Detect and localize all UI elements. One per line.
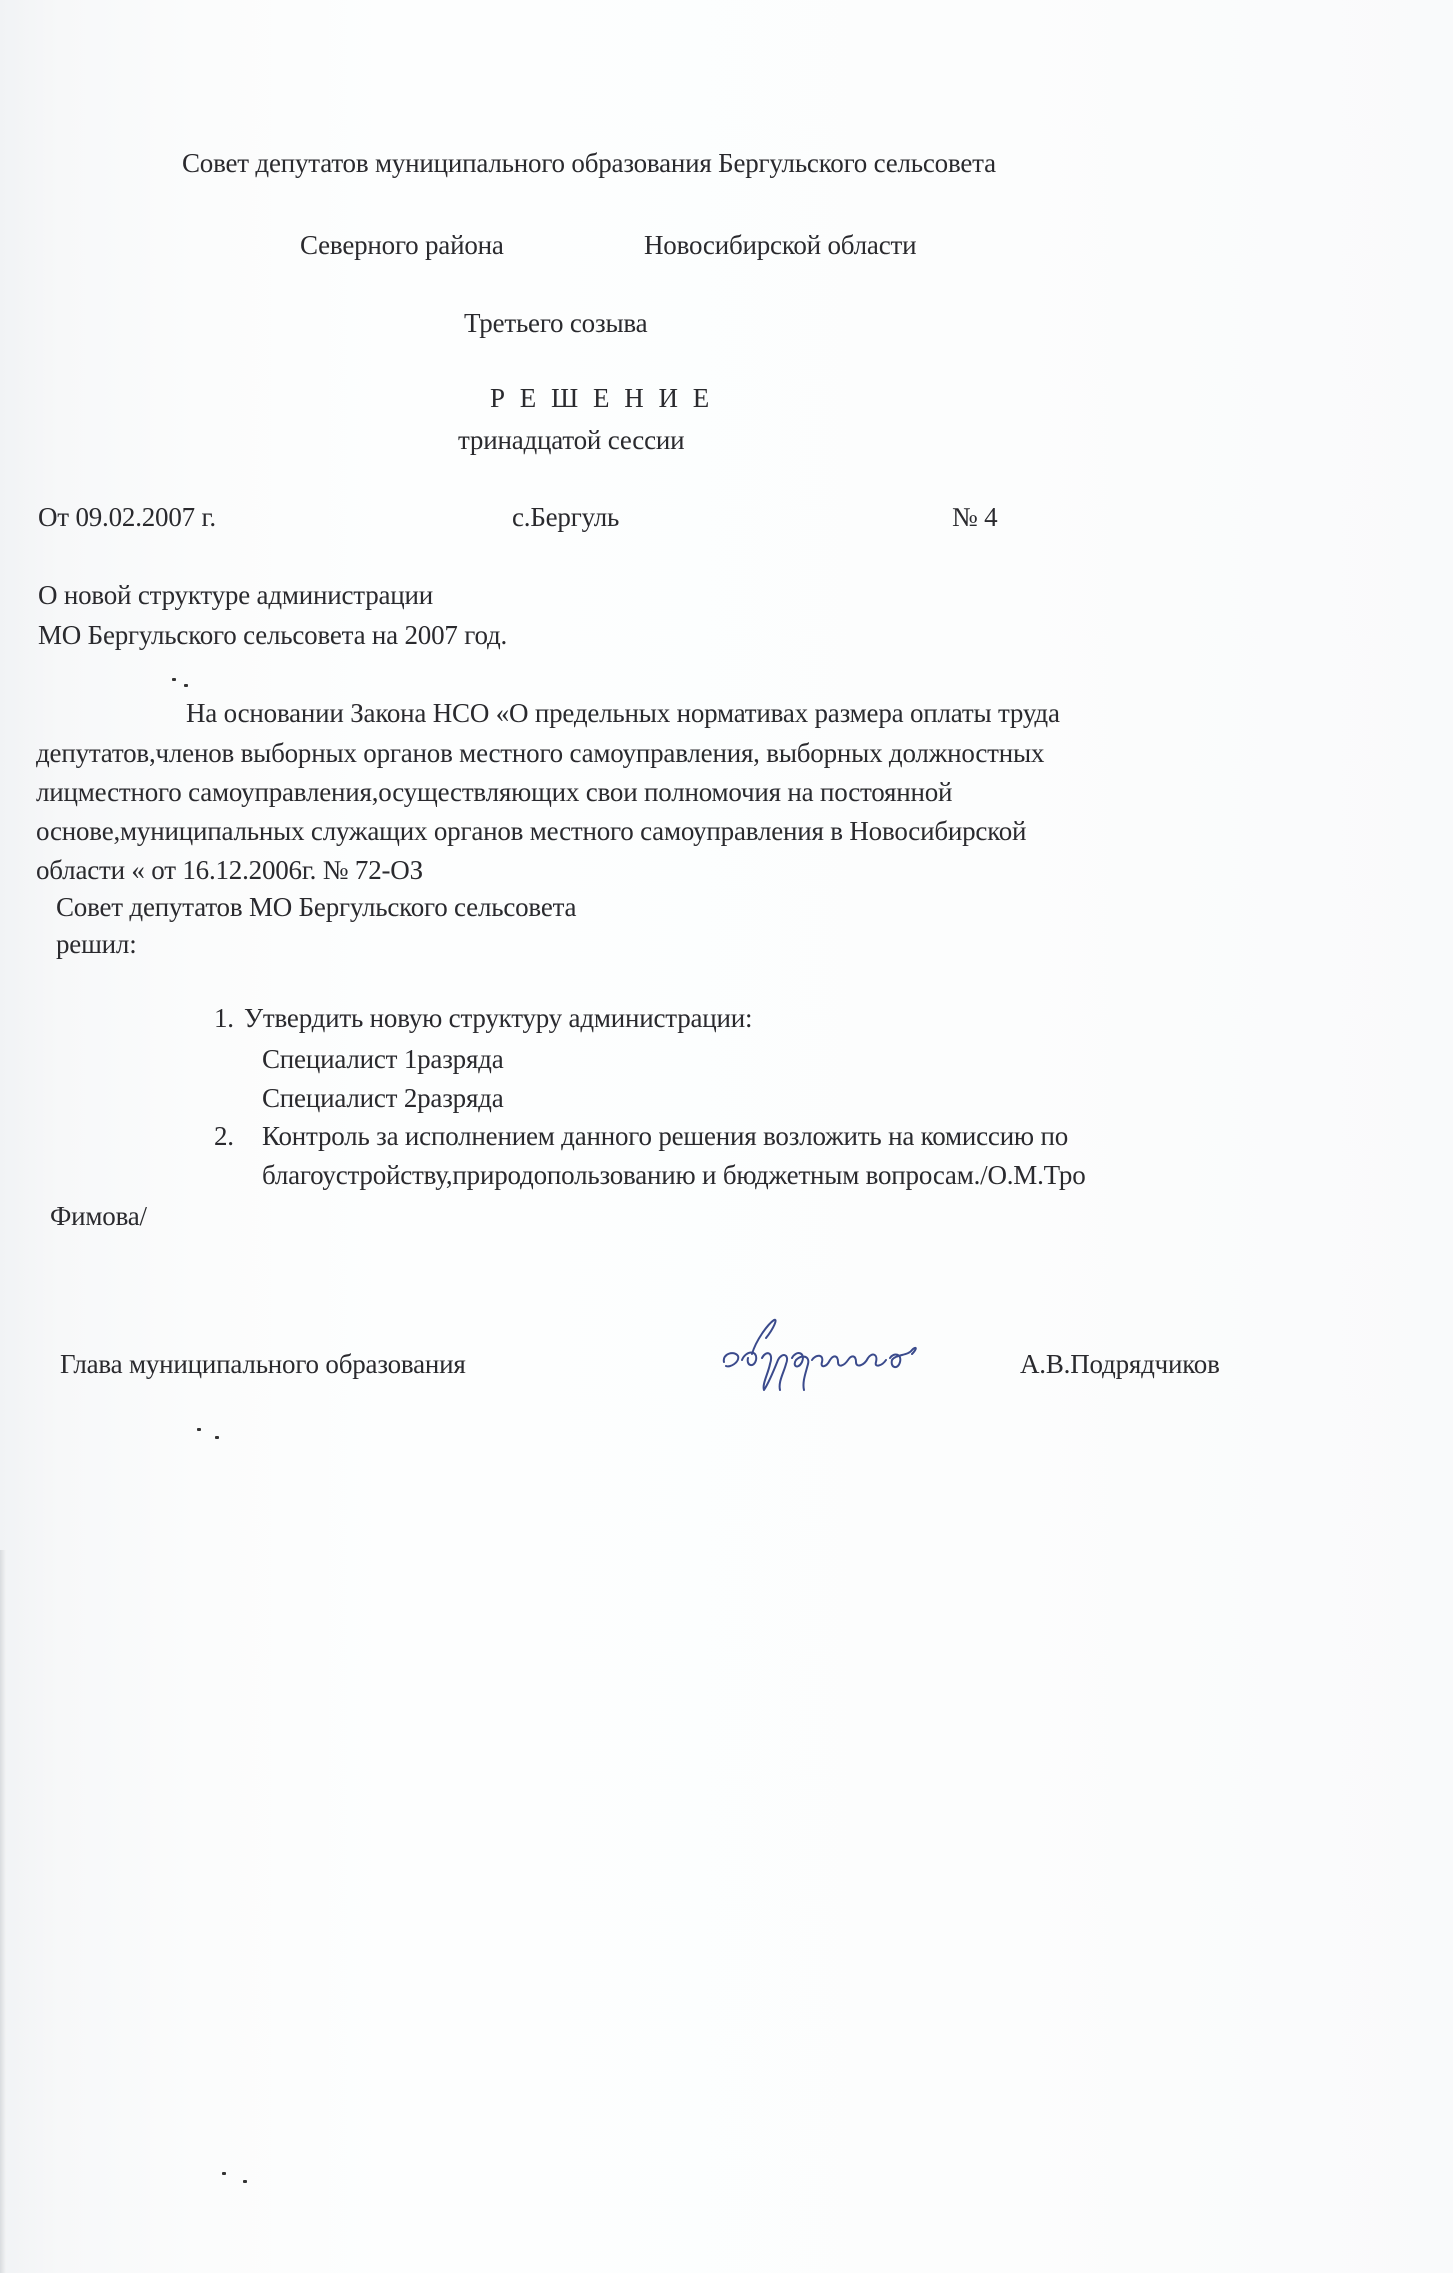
council-title: Совет депутатов муниципального образован… xyxy=(182,147,996,179)
region-name: Новосибирской области xyxy=(644,229,916,261)
preamble-line-1: На основании Закона НСО «О предельных но… xyxy=(186,697,1060,729)
preamble-line-3: лицместного самоуправления,осуществляющи… xyxy=(36,776,952,808)
scan-speck xyxy=(243,2180,247,2183)
item-1-text: Утвердить новую структуру администрации: xyxy=(244,1002,752,1034)
scan-edge-shadow xyxy=(0,1550,6,2273)
document-type-heading: Р Е Ш Е Н И Е xyxy=(490,382,713,414)
scan-speck xyxy=(184,684,188,687)
scan-speck xyxy=(172,678,176,681)
preamble-line-4: основе,муниципальных служащих органов ме… xyxy=(36,815,1026,847)
item-1-number: 1. xyxy=(214,1002,234,1034)
scan-speck xyxy=(197,1428,201,1431)
council-statement: Совет депутатов МО Бергульского сельсове… xyxy=(56,891,576,923)
item-2-line-1: Контроль за исполнением данного решения … xyxy=(262,1120,1068,1152)
preamble-line-5: области « от 16.12.2006г. № 72-ОЗ xyxy=(36,854,423,886)
signatory-title: Глава муниципального образования xyxy=(60,1348,466,1380)
convocation: Третьего созыва xyxy=(464,307,647,339)
signatory-name: А.В.Подрядчиков xyxy=(1020,1348,1220,1380)
handwritten-signature xyxy=(712,1310,1012,1400)
document-date: От 09.02.2007 г. xyxy=(38,501,216,533)
session-label: тринадцатой сессии xyxy=(458,424,684,456)
item-1-sub-1: Специалист 1разряда xyxy=(262,1043,504,1075)
item-2-line-2: благоустройству,природопользованию и бюд… xyxy=(262,1159,1086,1191)
item-1-sub-2: Специалист 2разряда xyxy=(262,1082,504,1114)
preamble-line-2: депутатов,членов выборных органов местно… xyxy=(36,737,1044,769)
scan-speck xyxy=(222,2172,226,2175)
document-number: № 4 xyxy=(952,501,997,533)
subject-line-1: О новой структуре администрации xyxy=(38,579,433,611)
document-page: Совет депутатов муниципального образован… xyxy=(0,0,1453,2273)
subject-line-2: МО Бергульского сельсовета на 2007 год. xyxy=(38,619,507,651)
document-place: с.Бергуль xyxy=(512,501,619,533)
item-2-number: 2. xyxy=(214,1120,234,1152)
decided-label: решил: xyxy=(56,928,137,960)
district-name: Северного района xyxy=(300,229,504,261)
item-2-continuation: Фимова/ xyxy=(50,1200,147,1232)
scan-speck xyxy=(215,1436,219,1439)
